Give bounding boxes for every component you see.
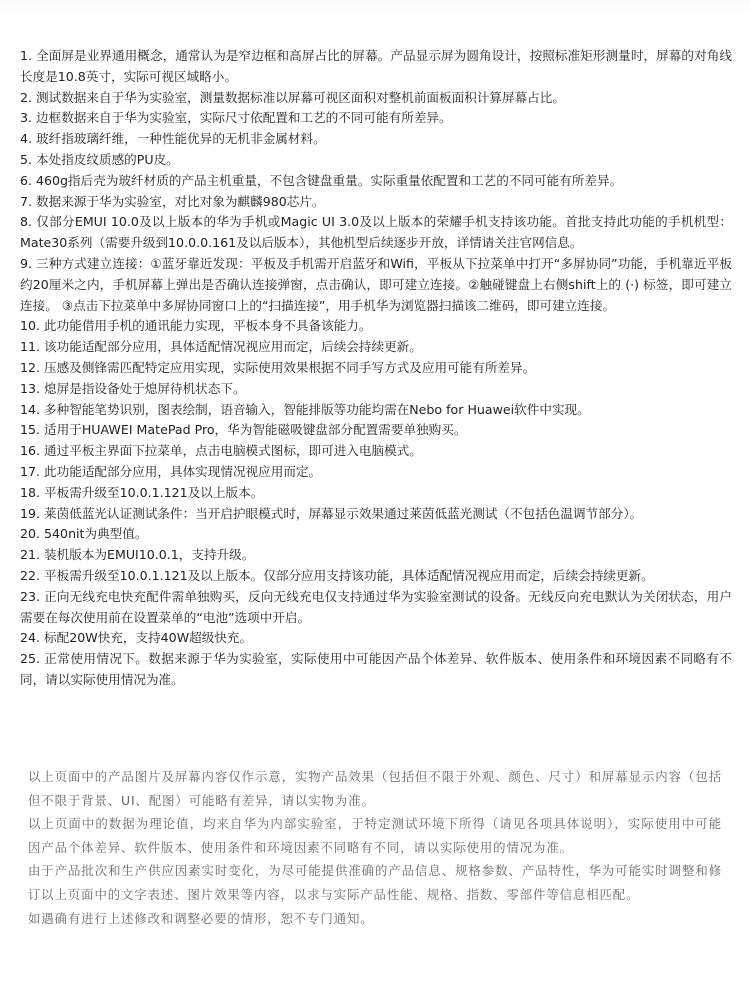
footnote-1: 1. 全面屏是业界通用概念，通常认为是窄边框和高屏占比的屏幕。产品显示屏为圆角设… [20,46,732,88]
footnote-24: 24. 标配20W快充，支持40W超级快充。 [20,628,732,649]
footnote-21: 21. 装机版本为EMUI10.0.1，支持升级。 [20,545,732,566]
top-fade-decoration [0,0,750,14]
footnote-13: 13. 熄屏是指设备处于熄屏待机状态下。 [20,379,732,400]
footnote-3: 3. 边框数据来自于华为实验室，实际尺寸依配置和工艺的不同可能有所差异。 [20,108,732,129]
disclaimer-images: 以上页面中的产品图片及屏幕内容仅作示意，实物产品效果（包括但不限于外观、颜色、尺… [28,765,722,812]
footnote-6: 6. 460g指后壳为玻纤材质的产品主机重量，不包含键盘重量。实际重量依配置和工… [20,171,732,192]
legal-disclaimer: 以上页面中的产品图片及屏幕内容仅作示意，实物产品效果（包括但不限于外观、颜色、尺… [28,765,722,930]
footnote-9: 9. 三种方式建立连接：①蓝牙靠近发现：平板及手机需开启蓝牙和Wifi，平板从下… [20,254,732,316]
footnote-5: 5. 本处指皮纹质感的PU皮。 [20,150,732,171]
footnote-15: 15. 适用于HUAWEI MatePad Pro，华为智能磁吸键盘部分配置需要… [20,420,732,441]
footnote-12: 12. 压感及侧锋需匹配特定应用实现，实际使用效果根据不同手写方式及应用可能有所… [20,358,732,379]
disclaimer-notice: 如遇确有进行上述修改和调整必要的情形，恕不专门通知。 [28,907,722,931]
footnote-22: 22. 平板需升级至10.0.1.121及以上版本。仅部分应用支持该功能，具体适… [20,566,732,587]
footnote-19: 19. 莱茵低蓝光认证测试条件：当开启护眼模式时，屏幕显示效果通过莱茵低蓝光测试… [20,504,732,525]
footnote-18: 18. 平板需升级至10.0.1.121及以上版本。 [20,483,732,504]
footnote-7: 7. 数据来源于华为实验室，对比对象为麒麟980芯片。 [20,192,732,213]
footnote-20: 20. 540nit为典型值。 [20,524,732,545]
footnote-25: 25. 正常使用情况下。数据来源于华为实验室，实际使用中可能因产品个体差异、软件… [20,649,732,691]
footnote-11: 11. 该功能适配部分应用，具体适配情况视应用而定，后续会持续更新。 [20,337,732,358]
footnote-8: 8. 仅部分EMUI 10.0及以上版本的华为手机或Magic UI 3.0及以… [20,212,732,254]
footnote-10: 10. 此功能借用手机的通讯能力实现，平板本身不具备该能力。 [20,316,732,337]
footnote-14: 14. 多种智能笔势识别，图表绘制，语音输入，智能排版等功能均需在Nebo fo… [20,400,732,421]
footnote-17: 17. 此功能适配部分应用，具体实现情况视应用而定。 [20,462,732,483]
disclaimer-data: 以上页面中的数据为理论值，均来自华为内部实验室，于特定测试环境下所得（请见各项具… [28,812,722,859]
footnote-23: 23. 正向无线充电快充配件需单独购买，反向无线充电仅支持通过华为实验室测试的设… [20,587,732,629]
footnote-4: 4. 玻纤指玻璃纤维，一种性能优异的无机非金属材料。 [20,129,732,150]
disclaimer-changes: 由于产品批次和生产供应因素实时变化，为尽可能提供准确的产品信息、规格参数、产品特… [28,859,722,906]
footnote-2: 2. 测试数据来自于华为实验室，测量数据标准以屏幕可视区面积对整机前面板面积计算… [20,88,732,109]
footnote-16: 16. 通过平板主界面下拉菜单，点击电脑模式图标，即可进入电脑模式。 [20,441,732,462]
footnotes-list: 1. 全面屏是业界通用概念，通常认为是窄边框和高屏占比的屏幕。产品显示屏为圆角设… [20,46,732,691]
